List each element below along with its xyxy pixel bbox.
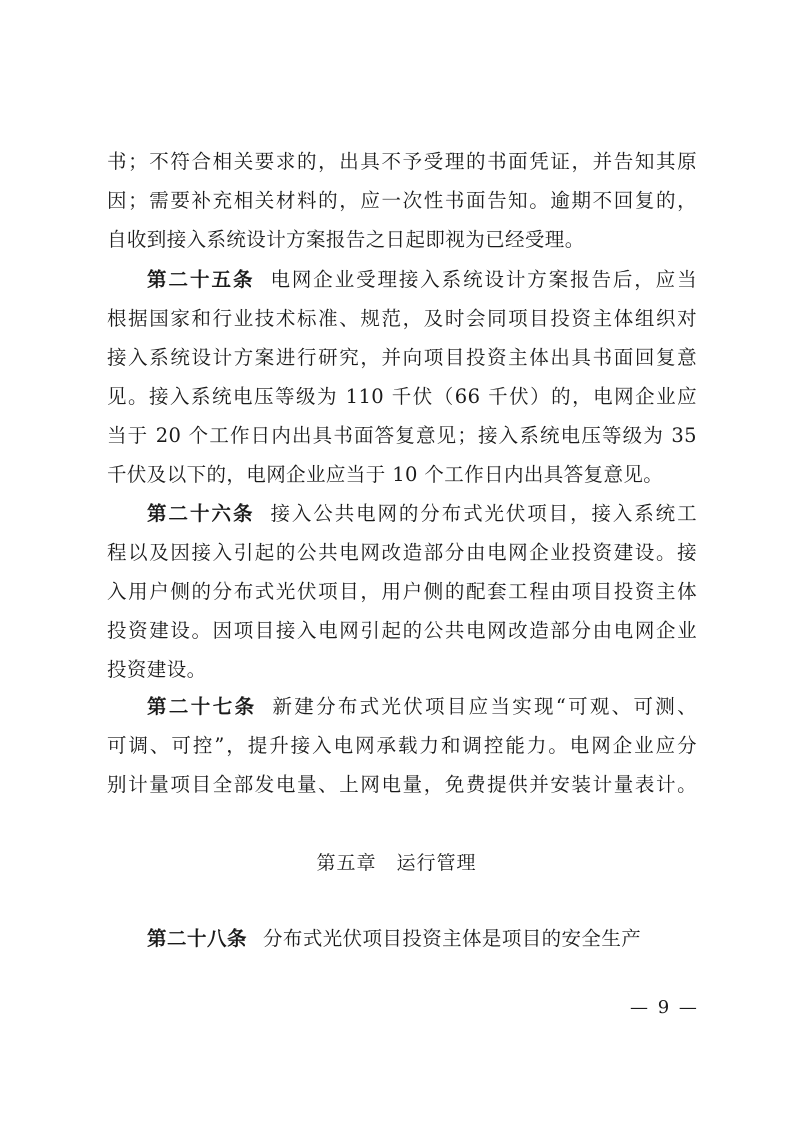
- text-line: 别计量项目全部发电量、上网电量，免费提供并安装计量表计。: [107, 771, 697, 799]
- text-line: 投资建设。: [107, 656, 697, 684]
- text-line: 接入系统设计方案进行研究，并向项目投资主体出具书面回复意: [107, 344, 697, 372]
- article-25-first-line: 第二十五条电网企业受理接入系统设计方案报告后，应当: [147, 266, 697, 294]
- article-28-first-line: 第二十八条分布式光伏项目投资主体是项目的安全生产: [147, 925, 697, 953]
- text-line: 根据国家和行业技术标准、规范，及时会同项目投资主体组织对: [107, 305, 697, 333]
- text-line: 可调、可控”，提升接入电网承载力和调控能力。电网企业应分: [107, 732, 697, 760]
- text-line: 因；需要补充相关材料的，应一次性书面告知。逾期不回复的，: [107, 187, 697, 215]
- article-26-first-line: 第二十六条接入公共电网的分布式光伏项目，接入系统工: [147, 500, 697, 528]
- text-line: 书；不符合相关要求的，出具不予受理的书面凭证，并告知其原: [107, 148, 697, 176]
- text-line: 千伏及以下的，电网企业应当于 10 个工作日内出具答复意见。: [107, 461, 697, 489]
- article-title: 第二十六条: [147, 502, 255, 525]
- text-line: 当于 20 个工作日内出具书面答复意见；接入系统电压等级为 35: [107, 422, 697, 450]
- article-27-first-line: 第二十七条新建分布式光伏项目应当实现“可观、可测、: [147, 693, 697, 721]
- text-line: 入用户侧的分布式光伏项目，用户侧的配套工程由项目投资主体: [107, 578, 697, 606]
- text-line: 投资建设。因项目接入电网引起的公共电网改造部分由电网企业: [107, 617, 697, 645]
- text-line: 见。接入系统电压等级为 110 千伏（66 千伏）的，电网企业应: [107, 383, 697, 411]
- article-title: 第二十五条: [147, 268, 255, 291]
- text-line: 新建分布式光伏项目应当实现“可观、可测、: [272, 695, 697, 718]
- document-page: 书；不符合相关要求的，出具不予受理的书面凭证，并告知其原 因；需要补充相关材料的…: [0, 0, 793, 1122]
- article-title: 第二十八条: [147, 927, 247, 950]
- text-line: 电网企业受理接入系统设计方案报告后，应当: [271, 268, 697, 291]
- text-line: 接入公共电网的分布式光伏项目，接入系统工: [271, 502, 697, 525]
- article-title: 第二十七条: [147, 695, 256, 718]
- page-number: — 9 —: [630, 997, 699, 1018]
- text-line: 自收到接入系统设计方案报告之日起即视为已经受理。: [107, 226, 697, 254]
- text-line: 程以及因接入引起的公共电网改造部分由电网企业投资建设。接: [107, 539, 697, 567]
- chapter-heading: 第五章 运行管理: [0, 848, 793, 875]
- text-line: 分布式光伏项目投资主体是项目的安全生产: [263, 927, 641, 950]
